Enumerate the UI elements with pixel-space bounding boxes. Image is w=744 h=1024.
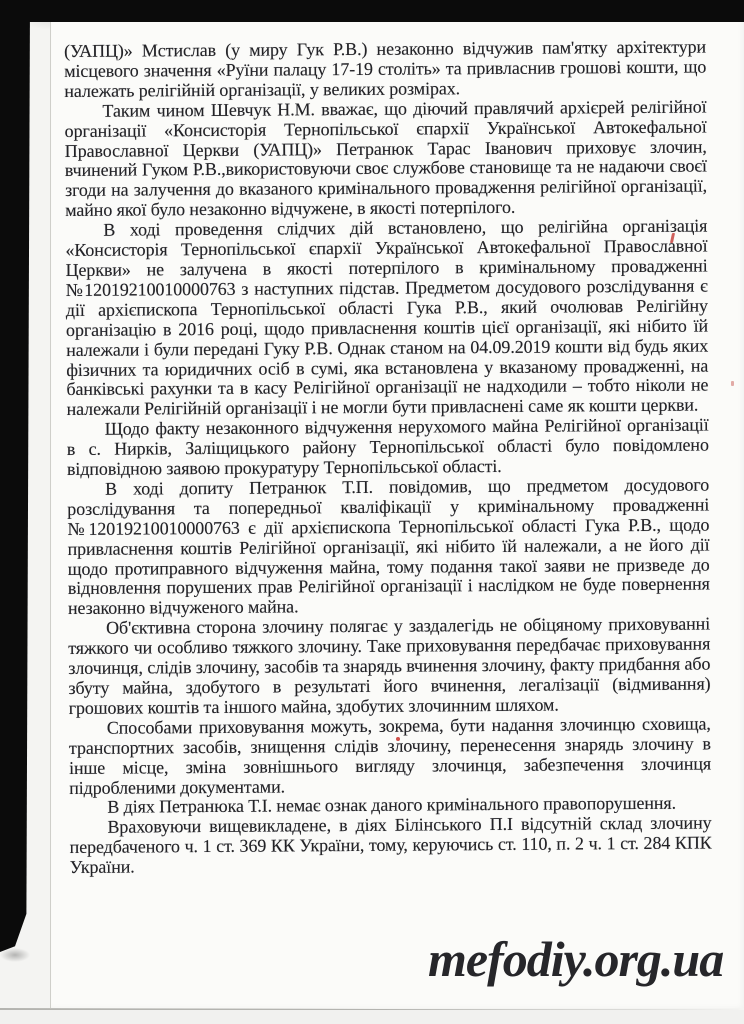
paragraph: Щодо факту незаконного відчуження нерухо… [67, 416, 709, 480]
paragraph: Об'єктивна сторона злочину полягає у заз… [68, 615, 711, 719]
document-text: (УАПЦ)» Мстислав (у миру Гук Р.В.) незак… [64, 38, 712, 879]
scanner-background-strip [0, 1010, 744, 1024]
paragraph: Способами приховування можуть, зокрема, … [69, 714, 712, 798]
paragraph: Таким чином Шевчук Н.М. вважає, що діючи… [64, 97, 707, 221]
paragraph: В ході проведення слідчих дій встановлен… [65, 217, 708, 421]
paragraph: В ході допиту Петранюк Т.П. повідомив, щ… [67, 475, 710, 619]
watermark-logo: mefodiy.org.ua [428, 930, 740, 988]
paragraph: Враховуючи вищевикладене, в діях Білінсь… [69, 814, 711, 878]
red-ink-speck [731, 381, 734, 386]
paragraph: (УАПЦ)» Мстислав (у миру Гук Р.В.) незак… [64, 38, 706, 102]
scan-border-top [0, 0, 744, 22]
red-ink-dot [396, 737, 400, 741]
scan-border-left [0, 0, 30, 952]
scanned-document-page: (УАПЦ)» Мстислав (у миру Гук Р.В.) незак… [0, 0, 744, 1024]
